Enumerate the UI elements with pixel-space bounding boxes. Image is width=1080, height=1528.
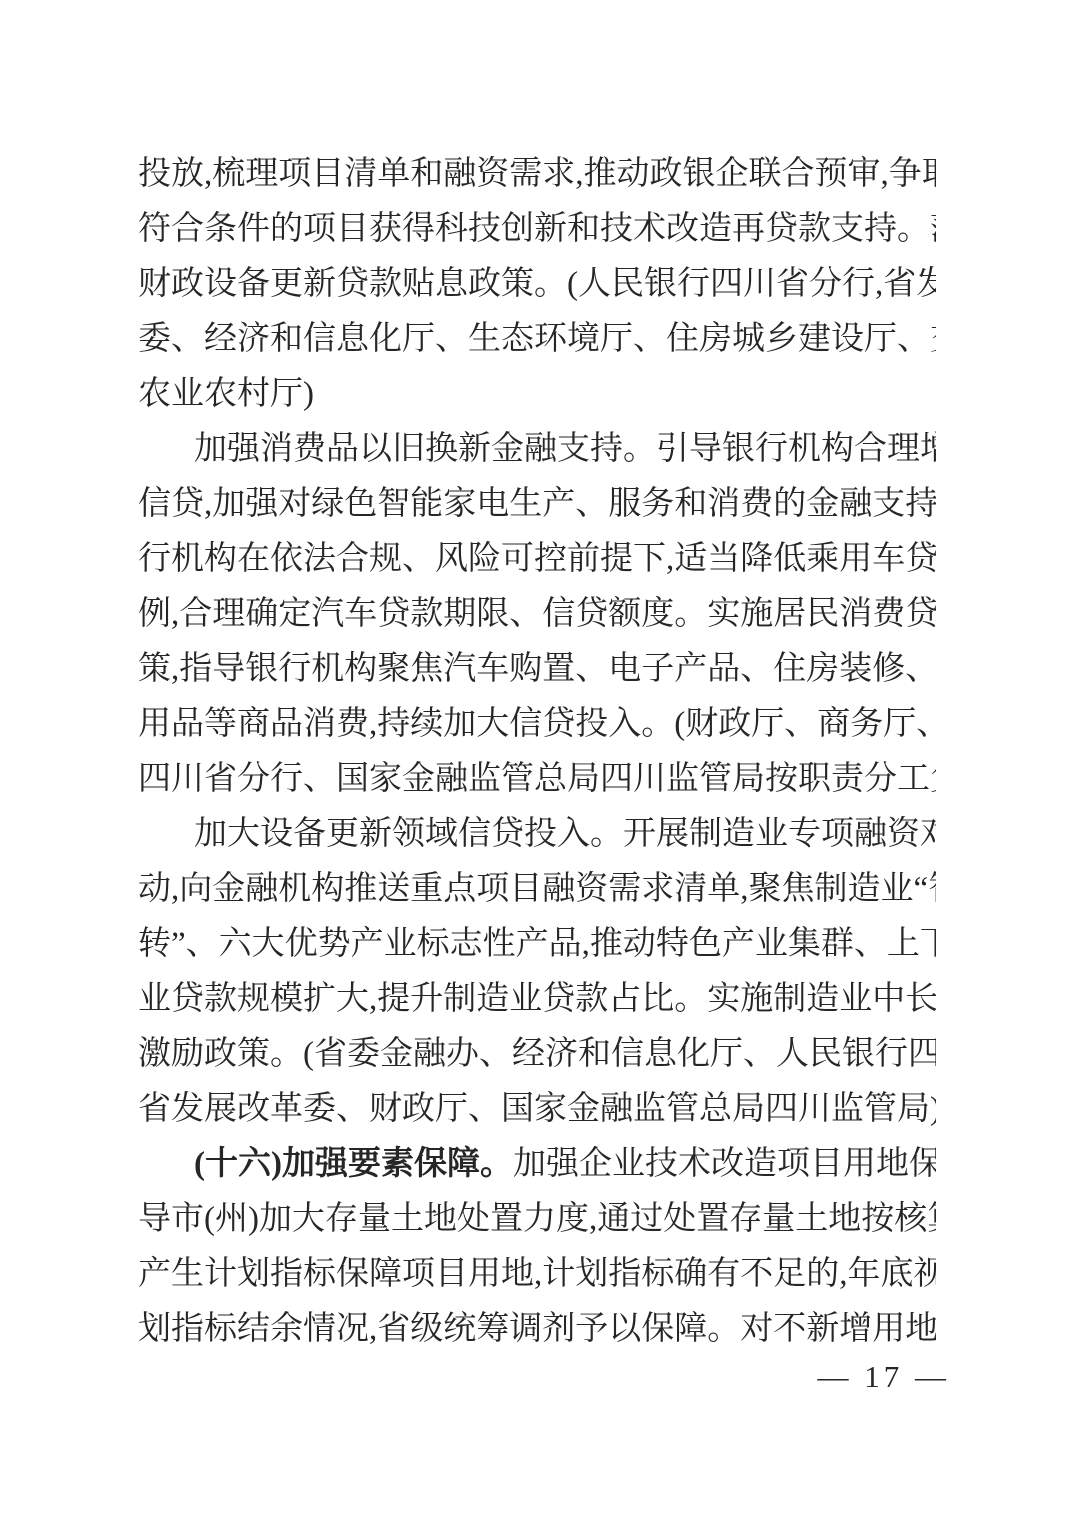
text-segment: 加强企业技术改造项目用地保障,指 bbox=[513, 1146, 936, 1182]
document-body: 投放,梳理项目清单和融资需求,推动政银企联合预审,争取更多符合条件的项目获得科技… bbox=[138, 147, 936, 1357]
text-segment: 策,指导银行机构聚焦汽车购置、电子产品、住房装修、家电家具耐 bbox=[138, 651, 936, 687]
text-line: 产生计划指标保障项目用地,计划指标确有不足的,年底视全省计 bbox=[138, 1247, 936, 1302]
text-line: 用品等商品消费,持续加大信贷投入。(财政厅、商务厅、人民银行 bbox=[138, 697, 936, 752]
text-segment: 用品等商品消费,持续加大信贷投入。(财政厅、商务厅、人民银行 bbox=[138, 706, 936, 742]
text-segment: 业贷款规模扩大,提升制造业贷款占比。实施制造业中长期贷款 bbox=[138, 981, 936, 1017]
text-segment: 行机构在依法合规、风险可控前提下,适当降低乘用车贷款首付比 bbox=[138, 541, 936, 577]
text-segment: 委、经济和信息化厅、生态环境厅、住房城乡建设厅、交通运输厅、 bbox=[138, 321, 936, 357]
text-line: 财政设备更新贷款贴息政策。(人民银行四川省分行,省发展改革 bbox=[138, 257, 936, 312]
section-heading-bold: (十六)加强要素保障。 bbox=[194, 1146, 513, 1182]
text-segment: 划指标结余情况,省级统筹调剂予以保障。对不新增用地、以设备 bbox=[138, 1311, 936, 1347]
text-line: 四川省分行、国家金融监管总局四川监管局按职责分工负责) bbox=[138, 752, 936, 807]
text-segment: 动,向金融机构推送重点项目融资需求清单,聚焦制造业“智改数 bbox=[138, 871, 936, 907]
text-line: 加强消费品以旧换新金融支持。引导银行机构合理增加绿色 bbox=[138, 422, 936, 477]
text-line: 符合条件的项目获得科技创新和技术改造再贷款支持。落实中央 bbox=[138, 202, 936, 257]
text-segment: 投放,梳理项目清单和融资需求,推动政银企联合预审,争取更多 bbox=[138, 156, 936, 192]
text-segment: 例,合理确定汽车贷款期限、信贷额度。实施居民消费贷款贴息政 bbox=[138, 596, 936, 632]
page-number: — 17 — bbox=[818, 1357, 951, 1397]
text-line: 省发展改革委、财政厅、国家金融监管总局四川监管局) bbox=[138, 1082, 936, 1137]
text-line: 投放,梳理项目清单和融资需求,推动政银企联合预审,争取更多 bbox=[138, 147, 936, 202]
text-line: 划指标结余情况,省级统筹调剂予以保障。对不新增用地、以设备 bbox=[138, 1302, 936, 1357]
text-line: 委、经济和信息化厅、生态环境厅、住房城乡建设厅、交通运输厅、 bbox=[138, 312, 936, 367]
text-segment: 符合条件的项目获得科技创新和技术改造再贷款支持。落实中央 bbox=[138, 211, 936, 247]
text-line: 业贷款规模扩大,提升制造业贷款占比。实施制造业中长期贷款 bbox=[138, 972, 936, 1027]
text-segment: 省发展改革委、财政厅、国家金融监管总局四川监管局) bbox=[138, 1091, 936, 1127]
text-segment: 农业农村厅) bbox=[138, 376, 314, 412]
text-segment: 激励政策。(省委金融办、经济和信息化厅、人民银行四川省分行, bbox=[138, 1036, 936, 1072]
text-line: 农业农村厅) bbox=[138, 367, 936, 422]
text-segment: 加强消费品以旧换新金融支持。引导银行机构合理增加绿色 bbox=[194, 431, 936, 467]
text-line: 策,指导银行机构聚焦汽车购置、电子产品、住房装修、家电家具耐 bbox=[138, 642, 936, 697]
text-line: 行机构在依法合规、风险可控前提下,适当降低乘用车贷款首付比 bbox=[138, 532, 936, 587]
text-line: 转”、六大优势产业标志性产品,推动特色产业集群、上下游配套企 bbox=[138, 917, 936, 972]
text-line: 动,向金融机构推送重点项目融资需求清单,聚焦制造业“智改数 bbox=[138, 862, 936, 917]
text-line: 信贷,加强对绿色智能家电生产、服务和消费的金融支持。鼓励银 bbox=[138, 477, 936, 532]
document-page: 投放,梳理项目清单和融资需求,推动政银企联合预审,争取更多符合条件的项目获得科技… bbox=[0, 0, 1080, 1528]
text-line: 加大设备更新领域信贷投入。开展制造业专项融资对接行 bbox=[138, 807, 936, 862]
text-line: 导市(州)加大存量土地处置力度,通过处置存量土地按核算比例 bbox=[138, 1192, 936, 1247]
text-segment: 信贷,加强对绿色智能家电生产、服务和消费的金融支持。鼓励银 bbox=[138, 486, 936, 522]
text-line: 激励政策。(省委金融办、经济和信息化厅、人民银行四川省分行, bbox=[138, 1027, 936, 1082]
text-segment: 四川省分行、国家金融监管总局四川监管局按职责分工负责) bbox=[138, 761, 936, 797]
text-segment: 导市(州)加大存量土地处置力度,通过处置存量土地按核算比例 bbox=[138, 1201, 936, 1237]
text-segment: 产生计划指标保障项目用地,计划指标确有不足的,年底视全省计 bbox=[138, 1256, 936, 1292]
text-line: (十六)加强要素保障。加强企业技术改造项目用地保障,指 bbox=[138, 1137, 936, 1192]
text-line: 例,合理确定汽车贷款期限、信贷额度。实施居民消费贷款贴息政 bbox=[138, 587, 936, 642]
text-segment: 财政设备更新贷款贴息政策。(人民银行四川省分行,省发展改革 bbox=[138, 266, 936, 302]
text-segment: 加大设备更新领域信贷投入。开展制造业专项融资对接行 bbox=[194, 816, 936, 852]
text-segment: 转”、六大优势产业标志性产品,推动特色产业集群、上下游配套企 bbox=[138, 926, 936, 962]
